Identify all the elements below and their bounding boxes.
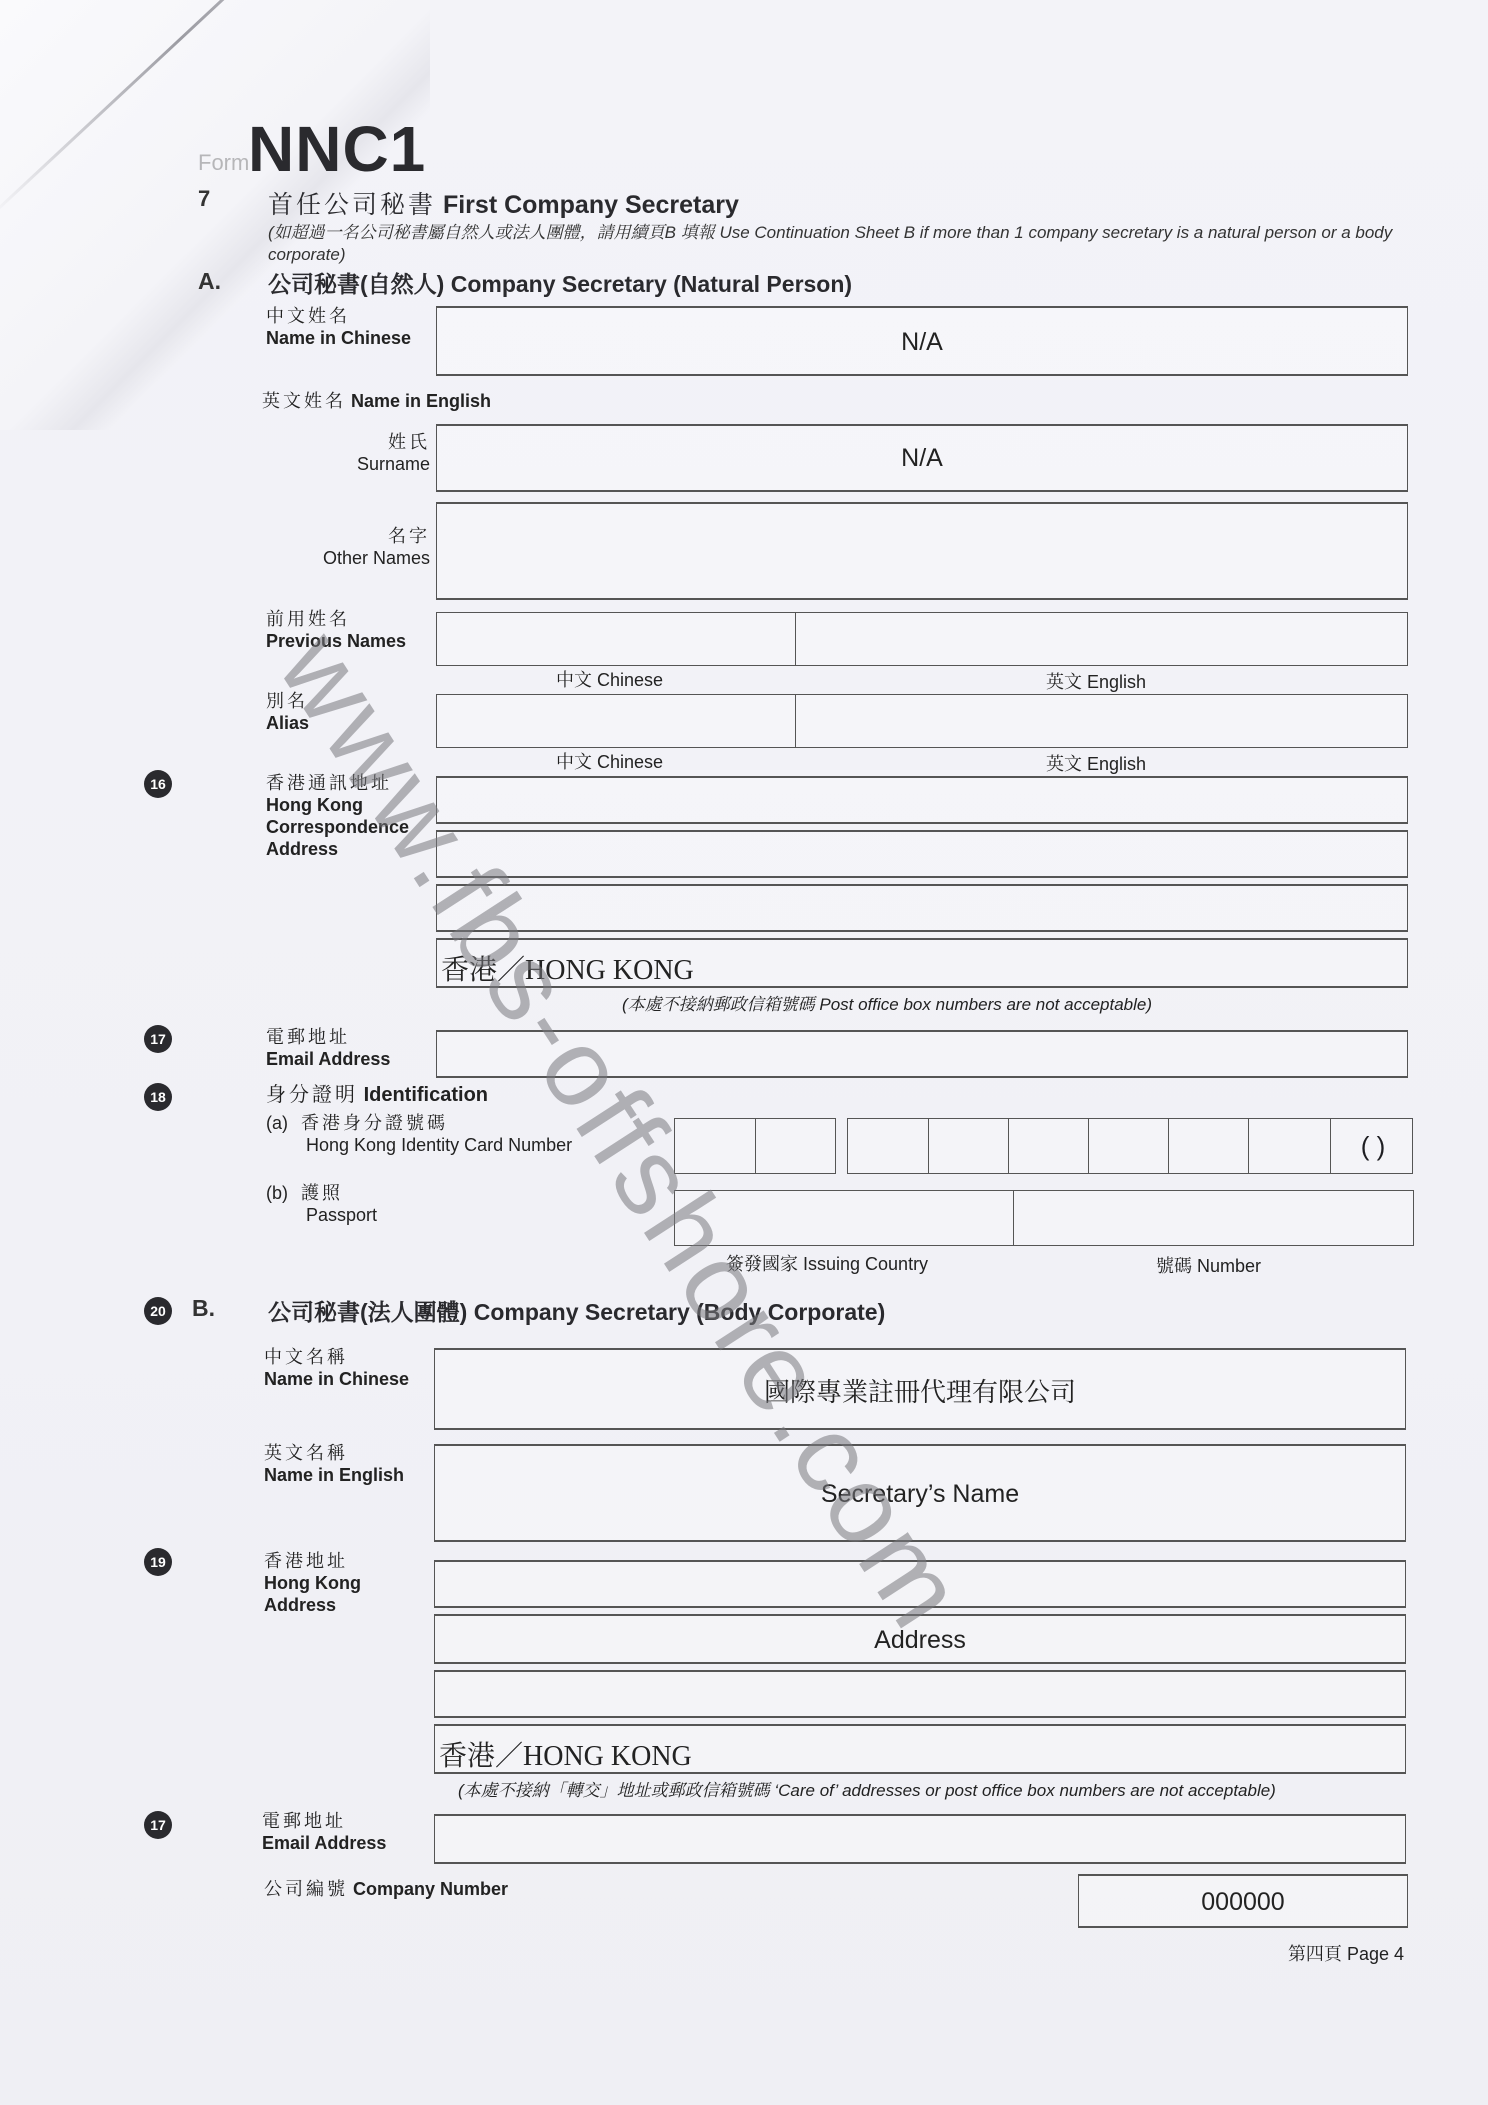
label-en: Name in Chinese (266, 327, 411, 349)
cell-divider (928, 1119, 929, 1173)
item-marker: (b) (266, 1183, 288, 1203)
body-address-hint: (本處不接納「轉交」地址或郵政信箱號碼 ‘Care of’ addresses … (458, 1776, 1276, 1801)
alias-col-english: 英文 English (1046, 750, 1146, 776)
part-a-letter: A. (198, 268, 221, 295)
field-value: Address (435, 1626, 1405, 1655)
hkid-digits-field[interactable]: ( ) (847, 1118, 1413, 1174)
label-zh: 姓氏 (300, 431, 430, 453)
item-badge-18: 18 (144, 1083, 172, 1111)
hkid-label: (a) 香港身分證號碼 Hong Kong Identity Card Numb… (266, 1112, 572, 1156)
label-en: Hong Kong Correspondence Address (266, 794, 426, 860)
body-address-line-1[interactable] (434, 1560, 1406, 1608)
section-title-zh: 首任公司秘書 (268, 191, 436, 219)
body-address-line-3[interactable] (434, 1670, 1406, 1718)
label-zh: 別名 (266, 690, 309, 712)
cell-divider (1168, 1119, 1169, 1173)
cell-divider (1008, 1119, 1009, 1173)
body-name-chinese-label: 中文名稱 Name in Chinese (264, 1346, 409, 1390)
label-en: Email Address (266, 1048, 390, 1070)
label-zh: 香港地址 (264, 1550, 414, 1572)
passport-field[interactable] (674, 1190, 1414, 1246)
label-zh: 電郵地址 (266, 1026, 390, 1048)
column-divider (795, 613, 796, 665)
label-zh: 前用姓名 (266, 608, 406, 630)
alias-col-chinese: 中文 Chinese (556, 748, 663, 774)
passport-label: (b) 護照 Passport (266, 1182, 377, 1226)
body-name-chinese-field[interactable]: 國際專業註冊代理有限公司 (434, 1348, 1406, 1430)
label-zh: 中文名稱 (264, 1346, 409, 1368)
label-en: Previous Names (266, 630, 406, 652)
item-badge-17: 17 (144, 1025, 172, 1053)
region-text: 香港／HONG KONG (441, 948, 694, 988)
section-title: 首任公司秘書 First Company Secretary (268, 185, 739, 221)
correspondence-address-line-3[interactable] (436, 884, 1408, 932)
label-en: Email Address (262, 1832, 386, 1854)
company-number-field[interactable]: 000000 (1078, 1874, 1408, 1928)
hkid-prefix-field[interactable] (674, 1118, 836, 1174)
column-divider (1013, 1191, 1014, 1245)
email-field[interactable] (436, 1030, 1408, 1078)
body-address-region: 香港／HONG KONG (434, 1724, 1406, 1774)
passport-col-number: 號碼 Number (1156, 1252, 1261, 1278)
identification-title: 身分證明 Identification (266, 1084, 488, 1106)
body-email-label: 電郵地址 Email Address (262, 1810, 386, 1854)
label-en: Other Names (280, 547, 430, 569)
previous-names-label: 前用姓名 Previous Names (266, 608, 406, 652)
part-b-letter: B. (192, 1295, 215, 1322)
label-en: Identification (364, 1084, 488, 1106)
field-value: N/A (437, 444, 1407, 473)
company-number-label: 公司編號 Company Number (264, 1878, 508, 1900)
form-prefix: Form (198, 150, 249, 176)
body-name-english-field[interactable]: Secretary’s Name (434, 1444, 1406, 1542)
correspondence-address-region: 香港／HONG KONG (436, 938, 1408, 988)
surname-field[interactable]: N/A (436, 424, 1408, 492)
item-badge-16: 16 (144, 770, 172, 798)
label-en: Surname (300, 453, 430, 475)
label-zh: 護照 (301, 1183, 343, 1203)
label-zh: 香港通訊地址 (266, 772, 426, 794)
alias-field[interactable] (436, 694, 1408, 748)
previous-names-col-english: 英文 English (1046, 668, 1146, 694)
region-text: 香港／HONG KONG (439, 1734, 692, 1774)
section-title-en: First Company Secretary (443, 191, 739, 219)
item-marker: (a) (266, 1113, 288, 1133)
form-page: Form NNC1 7 首任公司秘書 First Company Secreta… (0, 0, 1488, 2105)
label-en: Name in English (264, 1464, 404, 1486)
section-note: (如超過一名公司秘書屬自然人或法人團體，請用續頁B 填報 Use Continu… (268, 222, 1408, 266)
name-chinese-label: 中文姓名 Name in Chinese (266, 305, 411, 349)
label-en: Company Number (353, 1879, 508, 1899)
correspondence-address-hint: (本處不接納郵政信箱號碼 Post office box numbers are… (622, 990, 1152, 1015)
item-badge-19: 19 (144, 1548, 172, 1576)
part-b-title: 公司秘書(法人團體) Company Secretary (Body Corpo… (268, 1294, 885, 1327)
label-en: Name in Chinese (264, 1368, 409, 1390)
label-zh: 英文姓名 (262, 391, 346, 411)
previous-names-field[interactable] (436, 612, 1408, 666)
cell-divider (755, 1119, 756, 1173)
body-email-field[interactable] (434, 1814, 1406, 1864)
name-chinese-field[interactable]: N/A (436, 306, 1408, 376)
label-zh: 電郵地址 (262, 1810, 386, 1832)
item-badge-20: 20 (144, 1297, 172, 1325)
page-number: 第四頁 Page 4 (1288, 1940, 1404, 1966)
label-zh: 公司編號 (264, 1879, 348, 1899)
correspondence-address-line-1[interactable] (436, 776, 1408, 824)
label-en: Passport (306, 1204, 377, 1226)
hkid-check-digit: ( ) (1336, 1131, 1410, 1162)
column-divider (795, 695, 796, 747)
label-zh: 名字 (280, 525, 430, 547)
label-zh: 身分證明 (266, 1084, 358, 1106)
correspondence-address-line-2[interactable] (436, 830, 1408, 878)
section-number: 7 (198, 186, 210, 212)
other-names-label: 名字 Other Names (280, 525, 430, 569)
field-value: 國際專業註冊代理有限公司 (435, 1372, 1405, 1409)
cell-divider (1248, 1119, 1249, 1173)
field-value: Secretary’s Name (435, 1480, 1405, 1509)
body-address-label: 香港地址 Hong Kong Address (264, 1550, 414, 1616)
label-zh: 英文名稱 (264, 1442, 404, 1464)
alias-label: 別名 Alias (266, 690, 309, 734)
field-value: N/A (437, 328, 1407, 357)
correspondence-address-label: 香港通訊地址 Hong Kong Correspondence Address (266, 772, 426, 860)
cell-divider (1088, 1119, 1089, 1173)
email-label: 電郵地址 Email Address (266, 1026, 390, 1070)
body-name-english-label: 英文名稱 Name in English (264, 1442, 404, 1486)
label-zh: 香港身分證號碼 (301, 1113, 448, 1133)
previous-names-col-chinese: 中文 Chinese (556, 666, 663, 692)
label-en: Hong Kong Address (264, 1572, 414, 1616)
form-code: NNC1 (248, 112, 426, 186)
passport-col-country: 簽發國家 Issuing Country (726, 1250, 928, 1276)
field-value: 000000 (1079, 1888, 1407, 1917)
label-en: Alias (266, 712, 309, 734)
label-en: Hong Kong Identity Card Number (306, 1134, 572, 1156)
cell-divider (1330, 1119, 1331, 1173)
other-names-field[interactable] (436, 502, 1408, 600)
label-zh: 中文姓名 (266, 305, 411, 327)
name-english-heading: 英文姓名 Name in English (262, 390, 491, 412)
item-badge-17: 17 (144, 1811, 172, 1839)
label-en: Name in English (351, 391, 491, 411)
body-address-line-2[interactable]: Address (434, 1614, 1406, 1664)
part-a-title: 公司秘書(自然人) Company Secretary (Natural Per… (268, 266, 852, 299)
surname-label: 姓氏 Surname (300, 431, 430, 475)
